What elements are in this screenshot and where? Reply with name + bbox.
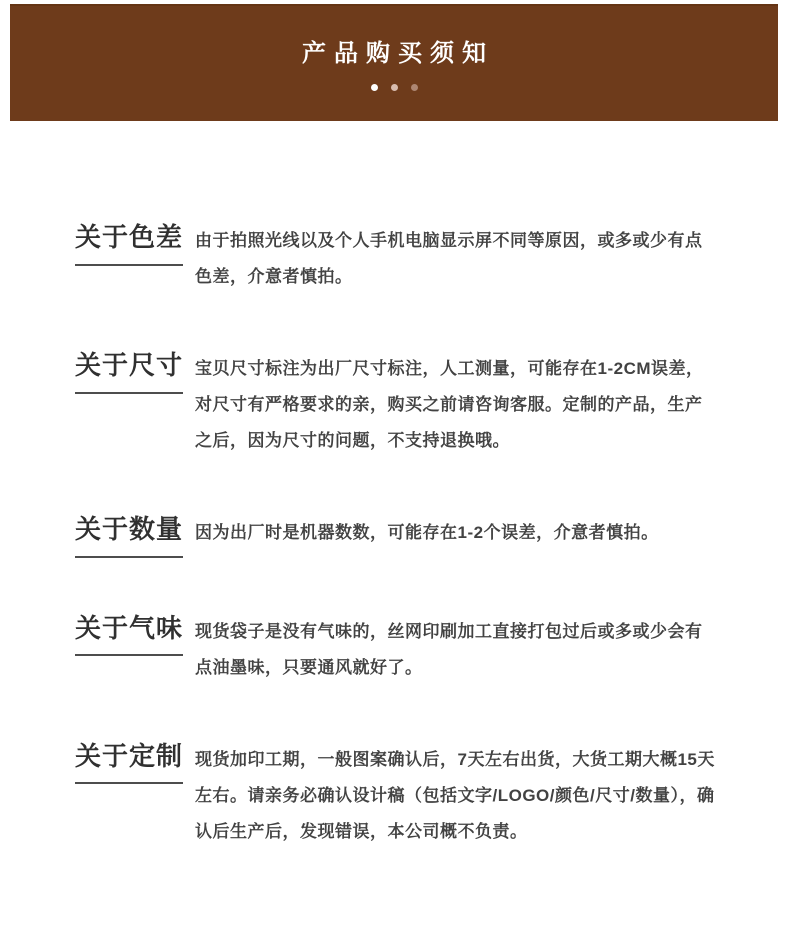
section-heading-col: 关于色差 xyxy=(75,223,195,266)
section-heading-customization: 关于定制 xyxy=(75,742,183,785)
carousel-dot-2[interactable] xyxy=(391,84,398,91)
section-customization: 关于定制 现货加印工期，一般图案确认后，7天左右出货，大货工期大概15天左右。请… xyxy=(75,742,716,850)
section-quantity: 关于数量 因为出厂时是机器数数，可能存在1-2个误差，介意者慎拍。 xyxy=(75,515,716,558)
notice-sections: 关于色差 由于拍照光线以及个人手机电脑显示屏不同等原因，或多或少有点色差，介意者… xyxy=(0,121,790,850)
section-body-smell: 现货袋子是没有气味的，丝网印刷加工直接打包过后或多或少会有点油墨味，只要通风就好… xyxy=(195,614,716,686)
section-color-difference: 关于色差 由于拍照光线以及个人手机电脑显示屏不同等原因，或多或少有点色差，介意者… xyxy=(75,223,716,295)
section-heading-quantity: 关于数量 xyxy=(75,515,183,558)
section-heading-col: 关于尺寸 xyxy=(75,351,195,394)
carousel-dot-3[interactable] xyxy=(411,84,418,91)
section-smell: 关于气味 现货袋子是没有气味的，丝网印刷加工直接打包过后或多或少会有点油墨味，只… xyxy=(75,614,716,686)
carousel-dots xyxy=(371,84,418,91)
section-size: 关于尺寸 宝贝尺寸标注为出厂尺寸标注，人工测量，可能存在1-2CM误差，对尺寸有… xyxy=(75,351,716,459)
section-body-quantity: 因为出厂时是机器数数，可能存在1-2个误差，介意者慎拍。 xyxy=(195,515,716,551)
section-heading-col: 关于气味 xyxy=(75,614,195,657)
banner-title: 产品购买须知 xyxy=(294,42,494,66)
section-heading-size: 关于尺寸 xyxy=(75,351,183,394)
purchase-notice-banner: 产品购买须知 xyxy=(10,4,778,121)
section-heading-col: 关于数量 xyxy=(75,515,195,558)
section-heading-smell: 关于气味 xyxy=(75,614,183,657)
section-body-customization: 现货加印工期，一般图案确认后，7天左右出货，大货工期大概15天左右。请亲务必确认… xyxy=(195,742,716,850)
section-heading-col: 关于定制 xyxy=(75,742,195,785)
section-body-size: 宝贝尺寸标注为出厂尺寸标注，人工测量，可能存在1-2CM误差，对尺寸有严格要求的… xyxy=(195,351,716,459)
carousel-dot-1[interactable] xyxy=(371,84,378,91)
section-heading-color-difference: 关于色差 xyxy=(75,223,183,266)
section-body-color-difference: 由于拍照光线以及个人手机电脑显示屏不同等原因，或多或少有点色差，介意者慎拍。 xyxy=(195,223,716,295)
